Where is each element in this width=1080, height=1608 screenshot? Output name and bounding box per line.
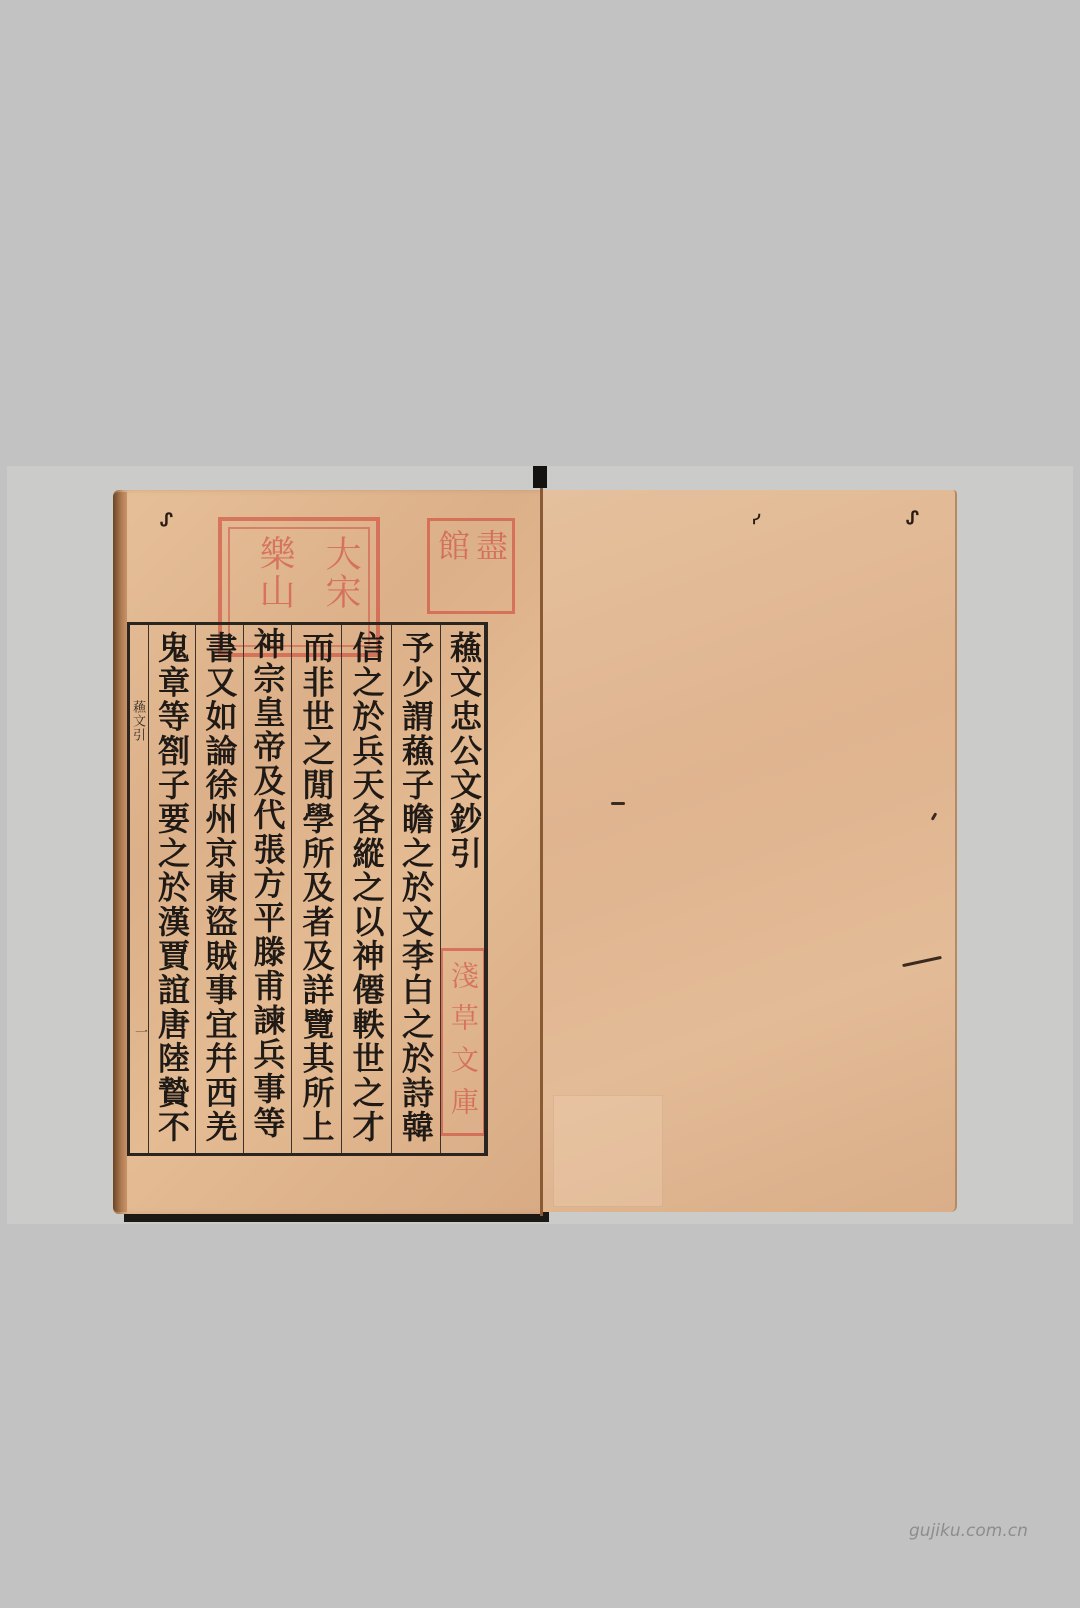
book-gutter (540, 488, 543, 1216)
text-column-2: 信之於兵天各縱之以神僊軼世之才 (341, 625, 391, 1153)
text-column-3: 而非世之閒學所及者及詳覽其所上 (291, 625, 341, 1153)
column-text: 蘓文忠公文鈔引 (448, 631, 480, 870)
seal-text: 館 (436, 529, 468, 563)
column-text: 予少謂蘓子瞻之於文李白之於詩韓 (400, 631, 432, 1144)
margin-label: 蘓文引 (128, 700, 147, 742)
paper-blemish: ᔑ (906, 508, 919, 529)
paper-blemish: ᔑ (160, 510, 173, 531)
column-text: 信之於兵天各縱之以神僊軼世之才 (351, 631, 383, 1144)
title-column: 蘓文忠公文鈔引 (440, 625, 487, 1153)
text-column-5: 書又如論徐州京東盜賊事宜幷西羌 (195, 625, 243, 1153)
column-text: 鬼章等劄子要之於漢賈誼唐陸贄不 (156, 631, 188, 1144)
text-frame: 蘓文忠公文鈔引 予少謂蘓子瞻之於文李白之於詩韓 信之於兵天各縱之以神僊軼世之才 … (127, 622, 488, 1156)
spine-tab (533, 466, 547, 488)
paper-crack (611, 802, 625, 805)
seal-text: 樂山 (256, 535, 292, 611)
column-text: 而非世之閒學所及者及詳覽其所上 (301, 631, 333, 1144)
column-text: 書又如論徐州京東盜賊事宜幷西羌 (204, 631, 236, 1144)
small-square-seal: 盡 館 (427, 518, 515, 614)
seal-text: 大宋 (322, 535, 358, 611)
text-column-1: 予少謂蘓子瞻之於文李白之於詩韓 (391, 625, 440, 1153)
text-column-4: 神宗皇帝及代張方平滕甫諫兵事等 (243, 625, 291, 1153)
paper-blemish: ᓯ (752, 512, 760, 528)
watermark: gujiku.com.cn (909, 1521, 1028, 1541)
seal-text: 盡 (474, 529, 506, 563)
text-column-6: 鬼章等劄子要之於漢賈誼唐陸贄不 (148, 625, 195, 1153)
paper-repair-patch (553, 1095, 663, 1207)
column-text: 神宗皇帝及代張方平滕甫諫兵事等 (252, 627, 284, 1140)
page-number: 一 (130, 1025, 149, 1038)
left-page-edge (113, 492, 127, 1212)
